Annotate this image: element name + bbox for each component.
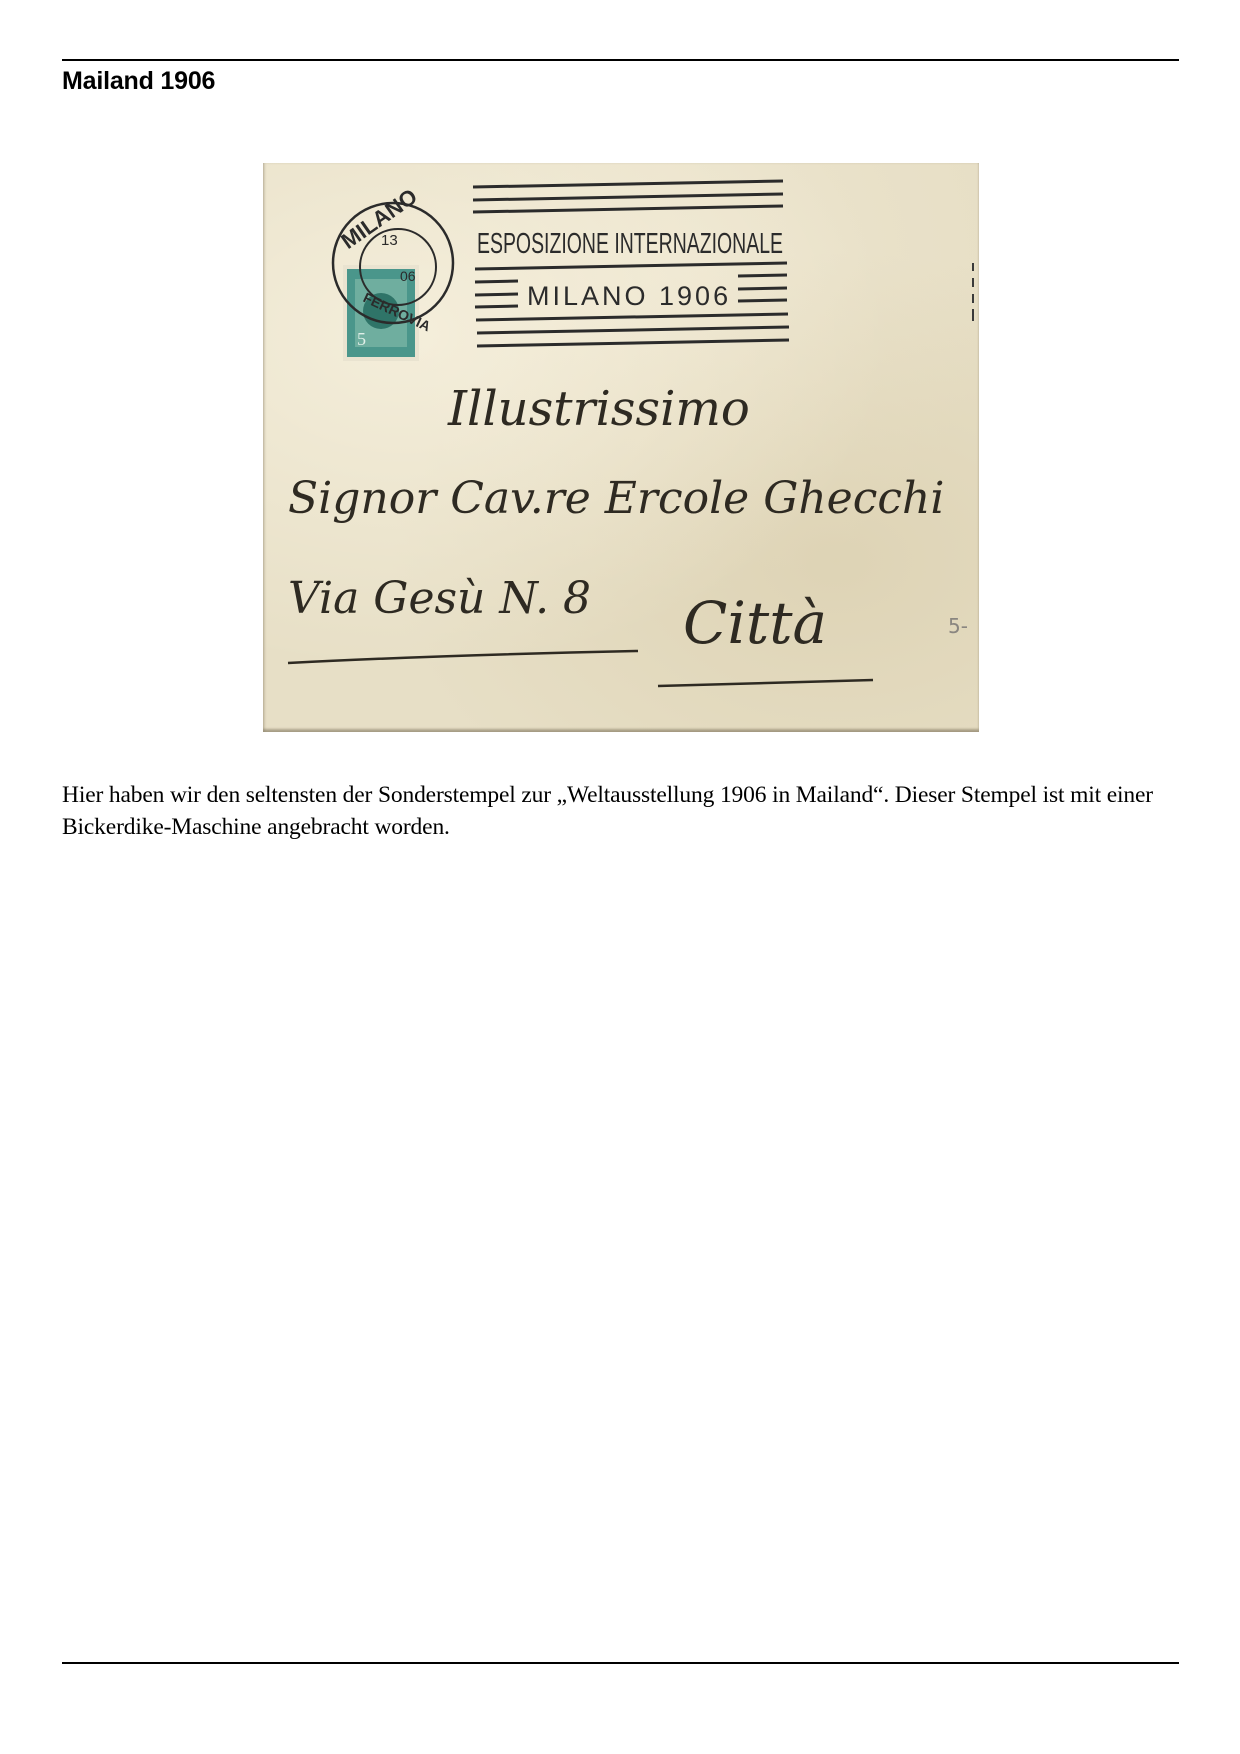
address-line-2: Signor Cav.re Ercole Ghecchi bbox=[288, 473, 944, 524]
slogan-line-1: ESPOSIZIONE INTERNAZIONALE bbox=[477, 228, 783, 260]
margin-note: 5- bbox=[948, 614, 968, 638]
address-line-3: Via Gesù N. 8 bbox=[288, 573, 591, 624]
slogan-cancel bbox=[473, 181, 789, 346]
caption-paragraph: Hier haben wir den seltensten der Sonder… bbox=[62, 779, 1182, 843]
postmark-day: 13 bbox=[381, 232, 398, 249]
page-title: Mailand 1906 bbox=[62, 66, 215, 96]
postmark-year: 06 bbox=[400, 268, 416, 284]
address-line-1: Illustrissimo bbox=[447, 381, 750, 437]
stamp-value: 5 bbox=[357, 329, 366, 349]
address-line-4: Città bbox=[683, 589, 827, 657]
slogan-line-2: MILANO 1906 bbox=[527, 281, 731, 311]
envelope-image: ESPOSIZIONE INTERNAZIONALE MILANO 1906 5… bbox=[263, 163, 979, 732]
footer-rule bbox=[62, 1662, 1179, 1664]
header-rule bbox=[62, 59, 1179, 61]
postmark-city: MILANO bbox=[336, 184, 421, 254]
